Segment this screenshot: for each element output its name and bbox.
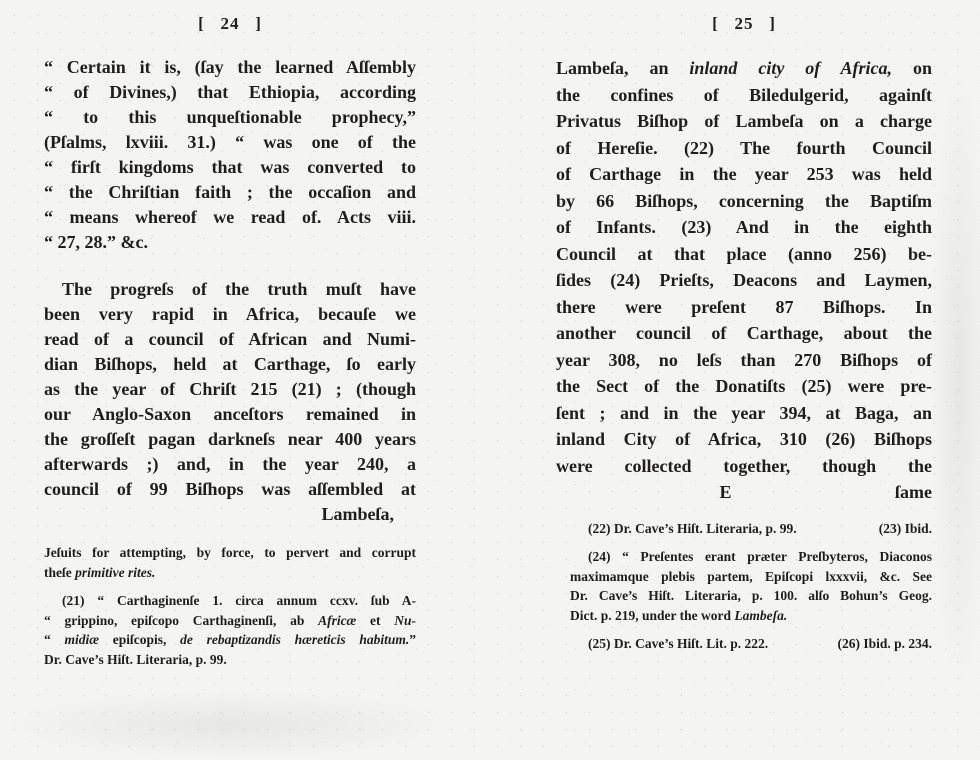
footnote-line: (25) Dr. Cave’s Hiſt. Lit. p. 222.(26) I…	[570, 634, 932, 654]
text-line: ſent ; and in the year 394, at Baga, an	[556, 400, 932, 427]
text-line: (Pſalms, lxviii. 31.) “ was one of the	[44, 130, 416, 155]
page-left-24: [ 24 ] “ Certain it is, (ſay the learned…	[44, 0, 416, 669]
text-segment: dian Biſhops, held at Carthage, ſo early	[44, 354, 416, 374]
text-segment: ”	[409, 632, 416, 647]
text-segment: “ 27, 28.” &c.	[44, 232, 148, 252]
text-line: dian Biſhops, held at Carthage, ſo early	[44, 352, 416, 377]
text-segment: “ firſt kingdoms that was converted to	[44, 157, 416, 177]
text-line: “ means whereof we read of. Acts viii.	[44, 205, 416, 230]
text-segment: Privatus Biſhop of Lambeſa on a charge	[556, 111, 932, 131]
footnote-line: (24) “ Preſentes erant præter Preſbytero…	[570, 547, 932, 567]
text-line: our Anglo-Saxon anceſtors remained in	[44, 402, 416, 427]
text-segment: “ grippino, epiſcopo Carthaginenſi, ab	[44, 613, 318, 628]
text-line: The progreſs of the truth muſt have	[44, 277, 416, 302]
page-footnotes: (22) Dr. Cave’s Hiſt. Literaria, p. 99.(…	[556, 519, 932, 654]
text-line: Privatus Biſhop of Lambeſa on a charge	[556, 108, 932, 135]
footnote-line: Dict. p. 219, under the word Lambeſa.	[570, 606, 932, 626]
text-segment: the groſſeſt pagan darkneſs near 400 yea…	[44, 429, 416, 449]
text-line: afterwards ;) and, in the year 240, a	[44, 452, 416, 477]
text-segment: year 308, no leſs than 270 Biſhops of	[556, 350, 932, 370]
text-segment: ſides (24) Prieſts, Deacons and Laymen,	[556, 270, 932, 290]
italic-segment: Nu-	[394, 613, 416, 628]
text-segment: council of 99 Biſhops was aſſembled at	[44, 479, 416, 499]
footnote-line: (22) Dr. Cave’s Hiſt. Literaria, p. 99.(…	[570, 519, 932, 539]
text-segment: the Sect of the Donatiſts (25) were pre-	[556, 376, 932, 396]
text-line: were collected together, though the	[556, 453, 932, 480]
text-segment: “ to this unqueſtionable prophecy,”	[44, 107, 416, 127]
page-body: “ Certain it is, (ſay the learned Aſſemb…	[44, 55, 416, 527]
text-segment: (22) Dr. Cave’s Hiſt. Literaria, p. 99.	[588, 521, 797, 536]
text-line: “ 27, 28.” &c.	[44, 230, 416, 255]
text-line: “ firſt kingdoms that was converted to	[44, 155, 416, 180]
text-segment: (25) Dr. Cave’s Hiſt. Lit. p. 222.	[588, 636, 768, 651]
footnote-line: “ grippino, epiſcopo Carthaginenſi, ab A…	[44, 611, 416, 631]
page-footnotes: Jeſuits for attempting, by force, to per…	[44, 543, 416, 669]
text-segment: (23) Ibid.	[879, 521, 932, 536]
signature-and-catchword-line: Eſame	[556, 479, 932, 506]
text-segment: Jeſuits for attempting, by force, to per…	[44, 545, 416, 560]
text-segment: E	[720, 482, 732, 502]
text-line: “ to this unqueſtionable prophecy,”	[44, 105, 416, 130]
text-segment: “ of Divines,) that Ethiopia, according	[44, 82, 416, 102]
text-line: been very rapid in Africa, becauſe we	[44, 302, 416, 327]
text-line: there were preſent 87 Biſhops. In	[556, 294, 932, 321]
text-segment: epiſcopis,	[99, 632, 180, 647]
text-segment: (24) “ Preſentes erant præter Preſbytero…	[588, 549, 932, 564]
footnote-line: “ midiæ epiſcopis, de rebaptizandis hære…	[44, 630, 416, 650]
text-segment: theſe	[44, 565, 75, 580]
split-segment: E	[720, 479, 732, 506]
footnote-line: Dr. Cave’s Hiſt. Literaria, p. 99.	[44, 650, 416, 670]
text-segment: afterwards ;) and, in the year 240, a	[44, 454, 416, 474]
text-line: read of a council of African and Numi-	[44, 327, 416, 352]
italic-segment: Lambeſa.	[734, 608, 787, 623]
text-segment: Dict. p. 219, under the word	[570, 608, 734, 623]
text-segment: Council at that place (anno 256) be-	[556, 244, 932, 264]
text-segment: as the year of Chriſt 215 (21) ; (though	[44, 379, 416, 399]
italic-segment: primitive rites.	[75, 565, 155, 580]
footnote-line: theſe primitive rites.	[44, 563, 416, 583]
split-segment: ſame	[895, 479, 932, 506]
footnote-line: maximamque plebis partem, Epiſcopi lxxxv…	[570, 567, 932, 587]
text-line: Lambeſa, an inland city of Africa, on	[556, 55, 932, 82]
text-segment: another council of Carthage, about the	[556, 323, 932, 343]
italic-segment: midiæ	[65, 632, 100, 647]
text-line: Council at that place (anno 256) be-	[556, 241, 932, 268]
scan-smudge	[0, 690, 460, 752]
text-segment: by 66 Biſhops, concerning the Baptiſm	[556, 191, 932, 211]
text-segment: (Pſalms, lxviii. 31.) “ was one of the	[44, 132, 416, 152]
text-segment: there were preſent 87 Biſhops. In	[556, 297, 932, 317]
split-segment: (22) Dr. Cave’s Hiſt. Literaria, p. 99.	[588, 519, 797, 539]
text-segment: ſent ; and in the year 394, at Baga, an	[556, 403, 932, 423]
text-line: “ the Chriſtian faith ; the occaſion and	[44, 180, 416, 205]
footnote-line: Jeſuits for attempting, by force, to per…	[44, 543, 416, 563]
page-body: Lambeſa, an inland city of Africa, onthe…	[556, 55, 932, 506]
text-line: year 308, no leſs than 270 Biſhops of	[556, 347, 932, 374]
scan-smudge	[930, 60, 980, 700]
text-line: the groſſeſt pagan darkneſs near 400 yea…	[44, 427, 416, 452]
text-segment: our Anglo-Saxon anceſtors remained in	[44, 404, 416, 424]
page-right-25: [ 25 ] Lambeſa, an inland city of Africa…	[556, 0, 932, 654]
text-segment: been very rapid in Africa, becauſe we	[44, 304, 416, 324]
text-segment: of Infants. (23) And in the eighth	[556, 217, 932, 237]
text-line: as the year of Chriſt 215 (21) ; (though	[44, 377, 416, 402]
text-segment: (21) “ Carthaginenſe 1. circa annum ccxv…	[62, 593, 416, 608]
page-number: [ 25 ]	[556, 14, 932, 38]
text-segment: (26) Ibid. p. 234.	[837, 636, 932, 651]
split-segment: (25) Dr. Cave’s Hiſt. Lit. p. 222.	[588, 634, 768, 654]
footnote-line: Dr. Cave’s Hiſt. Literaria, p. 100. alſo…	[570, 586, 932, 606]
text-line: the Sect of the Donatiſts (25) were pre-	[556, 373, 932, 400]
text-segment: inland City of Africa, 310 (26) Biſhops	[556, 429, 932, 449]
text-segment: Dr. Cave’s Hiſt. Literaria, p. 100. alſo…	[570, 588, 932, 603]
text-segment: were collected together, though the	[556, 456, 932, 476]
text-segment: on	[892, 58, 932, 78]
text-line: ſides (24) Prieſts, Deacons and Laymen,	[556, 267, 932, 294]
text-line: “ of Divines,) that Ethiopia, according	[44, 80, 416, 105]
text-segment: of Carthage in the year 253 was held	[556, 164, 932, 184]
text-segment: of Hereſie. (22) The fourth Council	[556, 138, 932, 158]
split-segment: (26) Ibid. p. 234.	[837, 634, 932, 654]
italic-segment: inland city of Africa,	[689, 58, 892, 78]
text-line: the confines of Biledulgerid, againſt	[556, 82, 932, 109]
text-segment: read of a council of African and Numi-	[44, 329, 416, 349]
text-segment: ſame	[895, 482, 932, 502]
text-segment: “	[44, 632, 65, 647]
text-segment: “ Certain it is, (ſay the learned Aſſemb…	[44, 57, 416, 77]
text-segment: Lambeſa, an	[556, 58, 689, 78]
italic-segment: Africæ	[318, 613, 356, 628]
text-line: inland City of Africa, 310 (26) Biſhops	[556, 426, 932, 453]
text-line: of Carthage in the year 253 was held	[556, 161, 932, 188]
text-line: council of 99 Biſhops was aſſembled at	[44, 477, 416, 502]
text-line: of Hereſie. (22) The fourth Council	[556, 135, 932, 162]
italic-segment: de rebaptizandis hæreticis habitum.	[180, 632, 409, 647]
text-segment: “ the Chriſtian faith ; the occaſion and	[44, 182, 416, 202]
text-line: “ Certain it is, (ſay the learned Aſſemb…	[44, 55, 416, 80]
page-number: [ 24 ]	[44, 14, 416, 38]
text-segment: et	[356, 613, 394, 628]
text-segment: Dr. Cave’s Hiſt. Literaria, p. 99.	[44, 652, 227, 667]
footnote-line: (21) “ Carthaginenſe 1. circa annum ccxv…	[44, 591, 416, 611]
text-segment: “ means whereof we read of. Acts viii.	[44, 207, 416, 227]
text-segment: the confines of Biledulgerid, againſt	[556, 85, 932, 105]
text-segment: The progreſs of the truth muſt have	[62, 279, 416, 299]
text-segment: Lambeſa,	[321, 504, 394, 524]
split-segment: (23) Ibid.	[879, 519, 932, 539]
text-line: another council of Carthage, about the	[556, 320, 932, 347]
text-segment: maximamque plebis partem, Epiſcopi lxxxv…	[570, 569, 932, 584]
catchword: Lambeſa,	[44, 502, 416, 527]
text-line: by 66 Biſhops, concerning the Baptiſm	[556, 188, 932, 215]
text-line: of Infants. (23) And in the eighth	[556, 214, 932, 241]
